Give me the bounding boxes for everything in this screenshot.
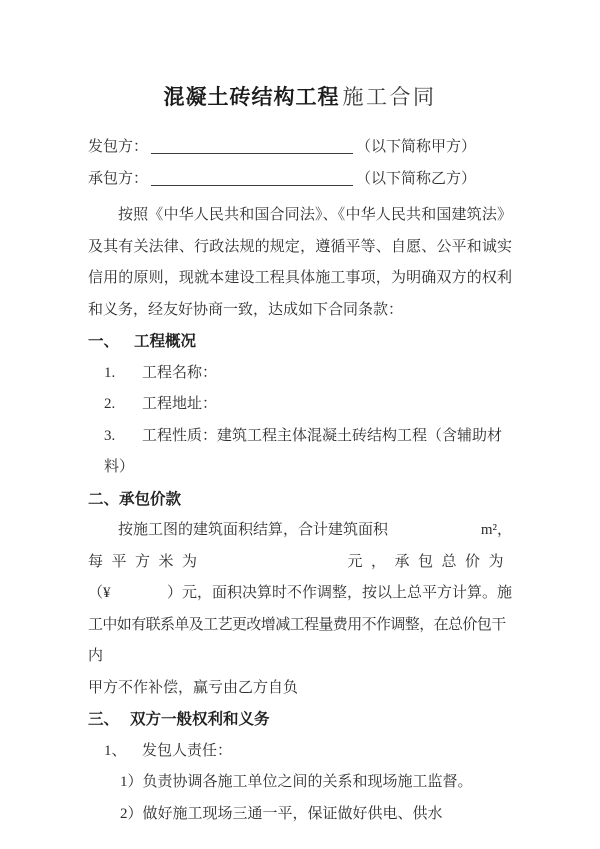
party-section: 发包方：（以下简称甲方） 承包方：（以下简称乙方）	[88, 131, 512, 195]
item-text: 工程地址：	[142, 396, 217, 412]
party-line-contractor: 承包方：（以下简称乙方）	[88, 163, 512, 195]
amount-close-text: ）元，面积决算时不作调整，按以上总平方计算。施	[167, 578, 512, 610]
section1-heading: 一、工程概况	[88, 326, 512, 358]
fill-in-blank-employer	[151, 151, 353, 154]
item-number: 2.	[104, 389, 142, 421]
total-price-label: 元，承包总价为	[347, 547, 512, 579]
item-text: 发包人责任：	[142, 743, 232, 759]
section1-title: 工程概况	[134, 333, 196, 350]
list-item-employer-duty: 1、发包人责任：	[88, 736, 512, 768]
sub-item-site-preparation: 2）做好施工现场三通一平，保证做好供电、供水	[88, 799, 512, 831]
area-unit: m²，	[481, 515, 512, 547]
item-number: 1.	[104, 358, 142, 390]
price-line-risk: 甲方不作补偿，赢亏由乙方自负	[88, 673, 512, 705]
party-note-contractor: （以下简称乙方）	[356, 171, 476, 187]
party-note-employer: （以下简称甲方）	[356, 139, 476, 155]
page-title-sub: 施工合同	[340, 85, 437, 109]
price-line-amount: （¥）元，面积决算时不作调整，按以上总平方计算。施	[88, 578, 512, 610]
amount-open: （¥	[88, 578, 111, 610]
fill-in-blank-contractor	[151, 183, 353, 186]
sub-item-coordination: 1）负责协调各施工单位之间的关系和现场施工监督。	[88, 767, 512, 799]
price-line-area: 按施工图的建筑面积结算，合计建筑面积m²，	[88, 515, 512, 547]
section2-title: 承包价款	[119, 491, 181, 508]
party-label-contractor: 承包方：	[88, 171, 148, 187]
price-line-area-text: 按施工图的建筑面积结算，合计建筑面积	[88, 515, 388, 547]
section2-marker: 二、	[88, 491, 119, 508]
section1-marker: 一、	[88, 326, 134, 358]
item-text: 工程性质：建筑工程主体混凝土砖结构工程（含辅助材料）	[104, 428, 502, 476]
contract-document-page: 混凝土砖结构工程施工合同 发包方：（以下简称甲方） 承包方：（以下简称乙方） 按…	[0, 0, 600, 849]
section2-heading: 二、承包价款	[88, 484, 512, 516]
item-text: 工程名称：	[142, 365, 217, 381]
unit-price-label: 每平方米为	[88, 547, 206, 579]
list-item-project-name: 1.工程名称：	[88, 358, 512, 390]
page-title-main: 混凝土砖结构工程	[164, 85, 340, 109]
section3-title: 双方一般权利和义务	[130, 711, 270, 728]
party-line-employer: 发包方：（以下简称甲方）	[88, 131, 512, 163]
item-number: 1、	[104, 736, 142, 768]
price-line-adjustment: 工中如有联系单及工艺更改增减工程量费用不作调整，在总价包干内	[88, 610, 512, 673]
party-label-employer: 发包方：	[88, 139, 148, 155]
section3-heading: 三、双方一般权利和义务	[88, 704, 512, 736]
section3-marker: 三、	[88, 704, 130, 736]
item-number: 3.	[104, 421, 142, 453]
list-item-project-address: 2.工程地址：	[88, 389, 512, 421]
page-title: 混凝土砖结构工程施工合同	[88, 84, 512, 110]
list-item-project-nature: 3.工程性质：建筑工程主体混凝土砖结构工程（含辅助材料）	[88, 421, 512, 484]
preamble-paragraph: 按照《中华人民共和国合同法》、《中华人民共和国建筑法》及其有关法律、行政法规的规…	[88, 200, 512, 326]
price-line-unit-price: 每平方米为元，承包总价为	[88, 547, 512, 579]
